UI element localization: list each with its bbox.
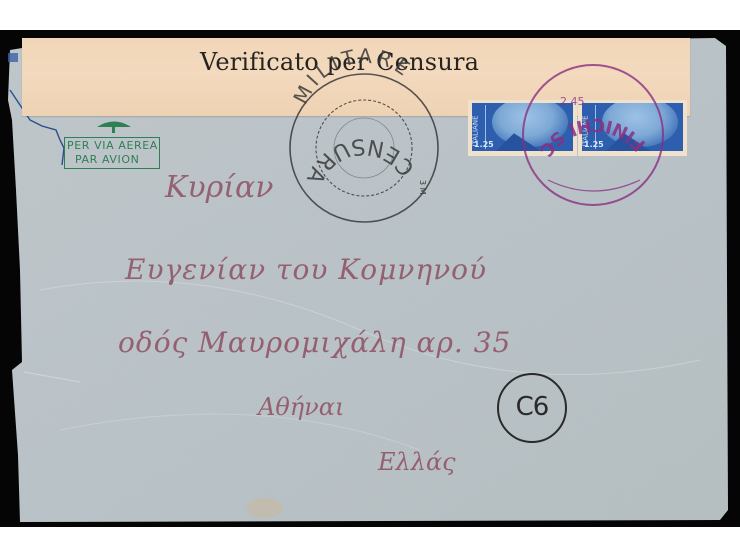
cover-photo: Verificato per Censura ITALIANE 1.25 ITA…: [0, 30, 740, 527]
censor-cancel-side-text: 3 M: [418, 180, 427, 195]
postmark-text: FINICHI SC: [534, 114, 651, 162]
envelope: Verificato per Censura ITALIANE 1.25 ITA…: [0, 30, 740, 527]
examiner-mark-text: C6: [499, 392, 565, 422]
airmail-label: PER VIA AEREA PAR AVION: [64, 137, 160, 169]
airmail-wing-icon: [97, 122, 131, 128]
airmail-label-line2: PAR AVION: [67, 153, 159, 167]
censor-cancel-bottom-text: CENSURA: [299, 133, 420, 192]
address-line-4: Αθήναι: [258, 393, 344, 421]
address-line-1: Κυρίαν: [165, 170, 274, 205]
airmail-label-line1: PER VIA AEREA: [67, 139, 159, 153]
postmark-date: 2.45: [560, 95, 585, 108]
examiner-mark: C6: [497, 373, 567, 443]
address-line-2: Ευγενίαν του Κομνηνού: [125, 253, 487, 286]
censor-cancel-top-text: MILITARE: [288, 44, 417, 108]
address-line-3: οδός Μαυρομιχάλη αρ. 35: [118, 326, 511, 359]
address-line-5: Ελλάς: [378, 448, 456, 476]
